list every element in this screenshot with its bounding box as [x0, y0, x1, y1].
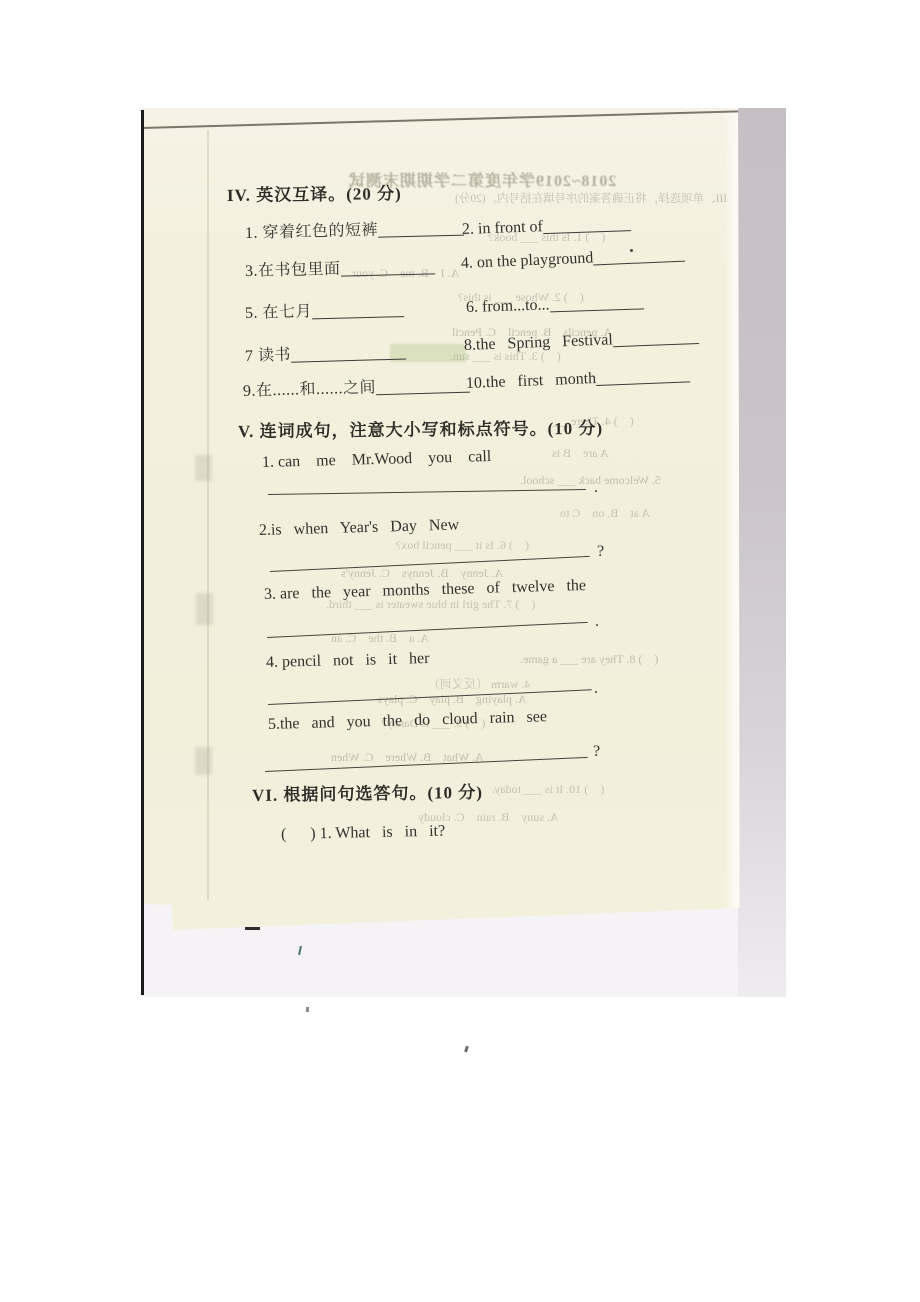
v-endmark-2: ? [597, 543, 604, 561]
v-item-4: 4. pencil not is it her [266, 649, 430, 672]
ghost-line: ( ) 8. They are ___ a game. [520, 652, 658, 667]
ghost-line: 5. Welcome back ___ school. [520, 473, 661, 488]
ghost-line: A are B is [552, 446, 609, 461]
iv-item-6-blank [549, 293, 643, 312]
section-v-title: V. 连词成句，注意大小写和标点符号。(10 分) [238, 419, 603, 443]
iv-item-8-blank [612, 328, 699, 347]
iv-item-9-blank [376, 376, 470, 395]
ghost-line: ( ) 10. It is ___ today. [492, 782, 604, 797]
iv-item-10-text: 10.the first month [466, 370, 597, 392]
speck [306, 1007, 309, 1012]
speck [630, 249, 633, 252]
speck [464, 1046, 468, 1052]
iv-item-5: 5. 在七月 [245, 300, 404, 323]
v-endmark-5: ? [593, 743, 600, 761]
ghost-line: A at B. on C to [560, 506, 650, 521]
iv-item-2-text: 2. in front of [462, 218, 543, 238]
ghost-line: III、单项选择，将正确答案的序号填在括号内。(20分) [455, 190, 727, 206]
iv-item-6-text: 6. from...to... [466, 296, 550, 316]
paper-left-edge-line [141, 110, 144, 995]
scanned-exam-page: 2018~2019学年度第二学期期末测试 III、单项选择，将正确答案的序号填在… [0, 0, 920, 1302]
paper-top-rule [142, 110, 739, 129]
iv-item-5-blank [312, 301, 404, 319]
iv-item-10-blank [596, 366, 691, 386]
iv-item-1-text: 1. 穿着红色的短裤 [245, 222, 378, 242]
iv-item-3-text: 3.在书包里面 [245, 261, 341, 280]
paper-right-edge [724, 108, 739, 910]
v-endmark-4: . [594, 680, 598, 698]
margin-smudge [195, 747, 212, 775]
scanner-shadow-strip [737, 108, 786, 997]
iv-item-5-text: 5. 在七月 [245, 303, 312, 322]
iv-item-1-blank [378, 219, 464, 237]
ghost-line: 4. warm （反义词） [428, 675, 530, 692]
iv-item-4-blank [593, 245, 686, 265]
section-iv-title: IV. 英汉互译。(20 分) [227, 184, 402, 206]
iv-item-3-blank [340, 258, 434, 276]
iv-item-7-blank [291, 343, 406, 362]
paper-crease [207, 130, 209, 900]
margin-smudge [196, 593, 213, 625]
speck [245, 927, 260, 930]
iv-item-9-text: 9.在......和......之间 [243, 379, 376, 400]
iv-item-7-text: 7 读书 [245, 347, 291, 365]
margin-smudge [195, 455, 212, 481]
vi-item-1: ( ) 1. What is in it? [281, 822, 445, 845]
ghost-line: ( ) 6. Is it ___ pencil box? [396, 538, 529, 553]
v-endmark-3: . [595, 613, 599, 631]
v-endmark-1: . [594, 479, 598, 497]
section-vi-title: VI. 根据问句选答句。(10 分) [252, 783, 483, 807]
iv-item-2-blank [543, 215, 632, 234]
